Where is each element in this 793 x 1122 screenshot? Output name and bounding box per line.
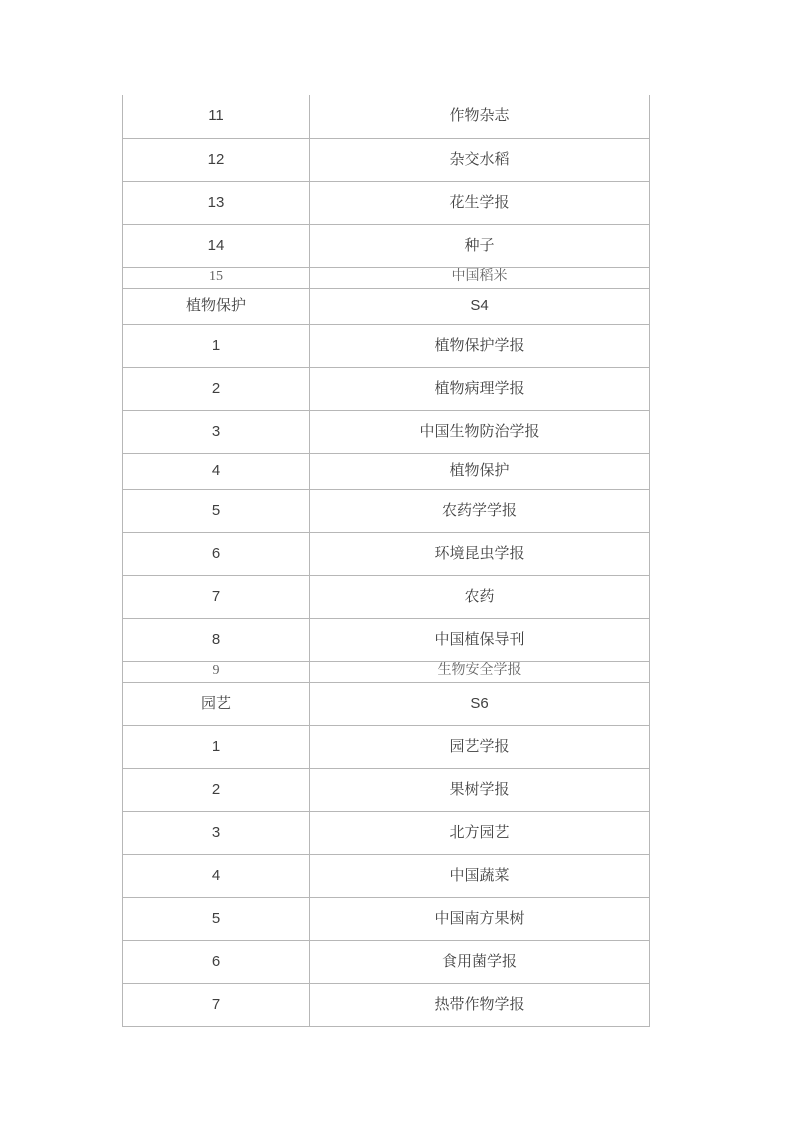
table-row: 1 植物保护学报: [123, 324, 650, 367]
journal-name-cell: 农药学学报: [310, 489, 650, 532]
table-row: 3 北方园艺: [123, 811, 650, 854]
journal-name-cell: 中国植保导刊: [310, 618, 650, 661]
table-row: 3 中国生物防治学报: [123, 410, 650, 453]
journal-name-cell: 种子: [310, 224, 650, 267]
row-index-cell: 7: [123, 575, 310, 618]
row-index-cell: 园艺: [123, 682, 310, 725]
row-index-cell: 6: [123, 532, 310, 575]
table-row: 园艺 S6: [123, 682, 650, 725]
row-index-cell: 14: [123, 224, 310, 267]
row-index-cell: 2: [123, 768, 310, 811]
table-row: 7 热带作物学报: [123, 983, 650, 1026]
row-index-cell: 1: [123, 725, 310, 768]
journal-name-cell: 园艺学报: [310, 725, 650, 768]
row-index-cell: 13: [123, 181, 310, 224]
row-index-cell: 5: [123, 489, 310, 532]
row-index-cell: 5: [123, 897, 310, 940]
row-index-cell: 6: [123, 940, 310, 983]
journal-table-body: 11 作物杂志 12 杂交水稻 13 花生学报 14 种子 15 中国稻米 植物…: [123, 95, 650, 1026]
row-index-cell: 12: [123, 138, 310, 181]
journal-name-cell: 热带作物学报: [310, 983, 650, 1026]
row-index-cell: 9: [123, 661, 310, 682]
document-page: 11 作物杂志 12 杂交水稻 13 花生学报 14 种子 15 中国稻米 植物…: [0, 0, 793, 1122]
row-index-cell: 7: [123, 983, 310, 1026]
table-row: 14 种子: [123, 224, 650, 267]
table-row: 4 中国蔬菜: [123, 854, 650, 897]
journal-name-cell: 北方园艺: [310, 811, 650, 854]
row-index-cell: 4: [123, 854, 310, 897]
table-row: 8 中国植保导刊: [123, 618, 650, 661]
journal-name-cell: 植物病理学报: [310, 367, 650, 410]
table-row: 7 农药: [123, 575, 650, 618]
journal-name-cell: 花生学报: [310, 181, 650, 224]
table-row: 9 生物安全学报: [123, 661, 650, 682]
journal-name-cell: 杂交水稻: [310, 138, 650, 181]
table-row: 2 果树学报: [123, 768, 650, 811]
row-index-cell: 8: [123, 618, 310, 661]
row-index-cell: 15: [123, 267, 310, 288]
table-row: 2 植物病理学报: [123, 367, 650, 410]
journal-name-cell: 环境昆虫学报: [310, 532, 650, 575]
row-index-cell: 3: [123, 811, 310, 854]
table-row: 4 植物保护: [123, 453, 650, 489]
journal-name-cell: 食用菌学报: [310, 940, 650, 983]
table-row: 5 中国南方果树: [123, 897, 650, 940]
journal-name-cell: 中国南方果树: [310, 897, 650, 940]
journal-name-cell: 中国蔬菜: [310, 854, 650, 897]
table-row: 1 园艺学报: [123, 725, 650, 768]
row-index-cell: 3: [123, 410, 310, 453]
table-row: 5 农药学学报: [123, 489, 650, 532]
journal-name-cell: S6: [310, 682, 650, 725]
row-index-cell: 植物保护: [123, 288, 310, 324]
table-row: 12 杂交水稻: [123, 138, 650, 181]
row-index-cell: 1: [123, 324, 310, 367]
journal-name-cell: 植物保护学报: [310, 324, 650, 367]
journal-name-cell: 农药: [310, 575, 650, 618]
row-index-cell: 4: [123, 453, 310, 489]
row-index-cell: 2: [123, 367, 310, 410]
table-row: 15 中国稻米: [123, 267, 650, 288]
row-index-cell: 11: [123, 95, 310, 138]
journal-name-cell: 作物杂志: [310, 95, 650, 138]
table-row: 6 食用菌学报: [123, 940, 650, 983]
table-row: 11 作物杂志: [123, 95, 650, 138]
table-row: 13 花生学报: [123, 181, 650, 224]
journal-name-cell: 植物保护: [310, 453, 650, 489]
journal-name-cell: 中国稻米: [310, 267, 650, 288]
table-row: 6 环境昆虫学报: [123, 532, 650, 575]
journal-table: 11 作物杂志 12 杂交水稻 13 花生学报 14 种子 15 中国稻米 植物…: [122, 95, 650, 1027]
journal-name-cell: 中国生物防治学报: [310, 410, 650, 453]
journal-name-cell: S4: [310, 288, 650, 324]
journal-name-cell: 果树学报: [310, 768, 650, 811]
table-row: 植物保护 S4: [123, 288, 650, 324]
journal-name-cell: 生物安全学报: [310, 661, 650, 682]
